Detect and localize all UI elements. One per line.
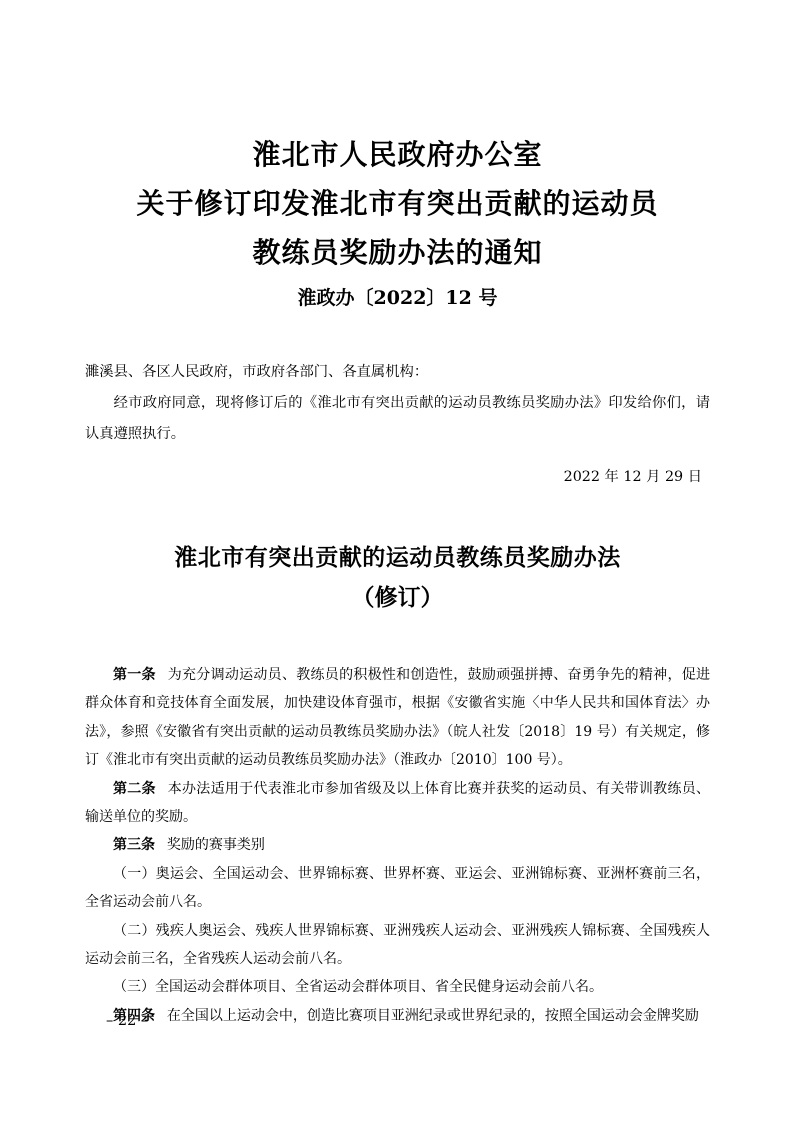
notice-title: 淮北市人民政府办公室 关于修订印发淮北市有突出贡献的运动员 教练员奖励办法的通知 <box>85 0 710 277</box>
article-4-text: 在全国以上运动会中，创造比赛项目亚洲纪录或世界纪录的，按照全国运动会金牌奖励 <box>167 1008 699 1024</box>
article-2-label: 第二条 <box>113 781 156 797</box>
notice-title-line-1: 淮北市人民政府办公室 <box>85 130 710 179</box>
article-3-item-3: （三）全国运动会群体项目、全省运动会群体项目、省全民健身运动会前八名。 <box>85 973 710 1001</box>
notice-body-paragraph: 经市政府同意，现将修订后的《淮北市有突出贡献的运动员教练员奖励办法》印发给你们，… <box>85 388 710 450</box>
article-1-label: 第一条 <box>113 667 156 683</box>
salutation: 濉溪县、各区人民政府，市政府各部门、各直属机构： <box>85 357 710 388</box>
notice-title-line-3: 教练员奖励办法的通知 <box>85 228 710 277</box>
article-3-item-2: （二）残疾人奥运会、残疾人世界锦标赛、亚洲残疾人运动会、亚洲残疾人锦标赛、全国残… <box>85 917 710 974</box>
measure-title: 淮北市有突出贡献的运动员教练员奖励办法 <box>85 538 710 578</box>
article-2: 第二条本办法适用于代表淮北市参加省级及以上体育比赛并获奖的运动员、有关带训教练员… <box>85 775 710 832</box>
doc-number: 淮政办〔2022〕12 号 <box>85 285 710 311</box>
article-3-label: 第三条 <box>113 837 155 853</box>
notice-date: 2022 年 12 月 29 日 <box>85 462 710 493</box>
document-page: 淮北市人民政府办公室 关于修订印发淮北市有突出贡献的运动员 教练员奖励办法的通知… <box>0 0 793 1122</box>
article-3-text: 奖励的赛事类别 <box>167 837 265 853</box>
article-1-text: 为充分调动运动员、教练员的积极性和创造性，鼓励顽强拼搏、奋勇争先的精神，促进群众… <box>85 667 710 768</box>
article-3-item-2-text: （二）残疾人奥运会、残疾人世界锦标赛、亚洲残疾人运动会、亚洲残疾人锦标赛、全国残… <box>85 923 710 967</box>
article-2-text: 本办法适用于代表淮北市参加省级及以上体育比赛并获奖的运动员、有关带训教练员、输送… <box>85 781 710 825</box>
article-4: 第四条在全国以上运动会中，创造比赛项目亚洲纪录或世界纪录的，按照全国运动会金牌奖… <box>85 1002 710 1030</box>
measure-subtitle: （修订） <box>85 578 710 618</box>
article-3-item-3-text: （三）全国运动会群体项目、全省运动会群体项目、省全民健身运动会前八名。 <box>113 979 603 995</box>
article-3-item-1-text: （一）奥运会、全国运动会、世界锦标赛、世界杯赛、亚运会、亚洲锦标赛、亚洲杯赛前三… <box>85 866 710 910</box>
article-3-item-1: （一）奥运会、全国运动会、世界锦标赛、世界杯赛、亚运会、亚洲锦标赛、亚洲杯赛前三… <box>85 860 710 917</box>
article-1: 第一条为充分调动运动员、教练员的积极性和创造性，鼓励顽强拼搏、奋勇争先的精神，促… <box>85 661 710 775</box>
article-3: 第三条奖励的赛事类别 <box>85 831 710 859</box>
articles-section: 第一条为充分调动运动员、教练员的积极性和创造性，鼓励顽强拼搏、奋勇争先的精神，促… <box>85 661 710 1030</box>
notice-title-line-2: 关于修订印发淮北市有突出贡献的运动员 <box>85 179 710 228</box>
page-number: – 22 – <box>106 1010 148 1032</box>
